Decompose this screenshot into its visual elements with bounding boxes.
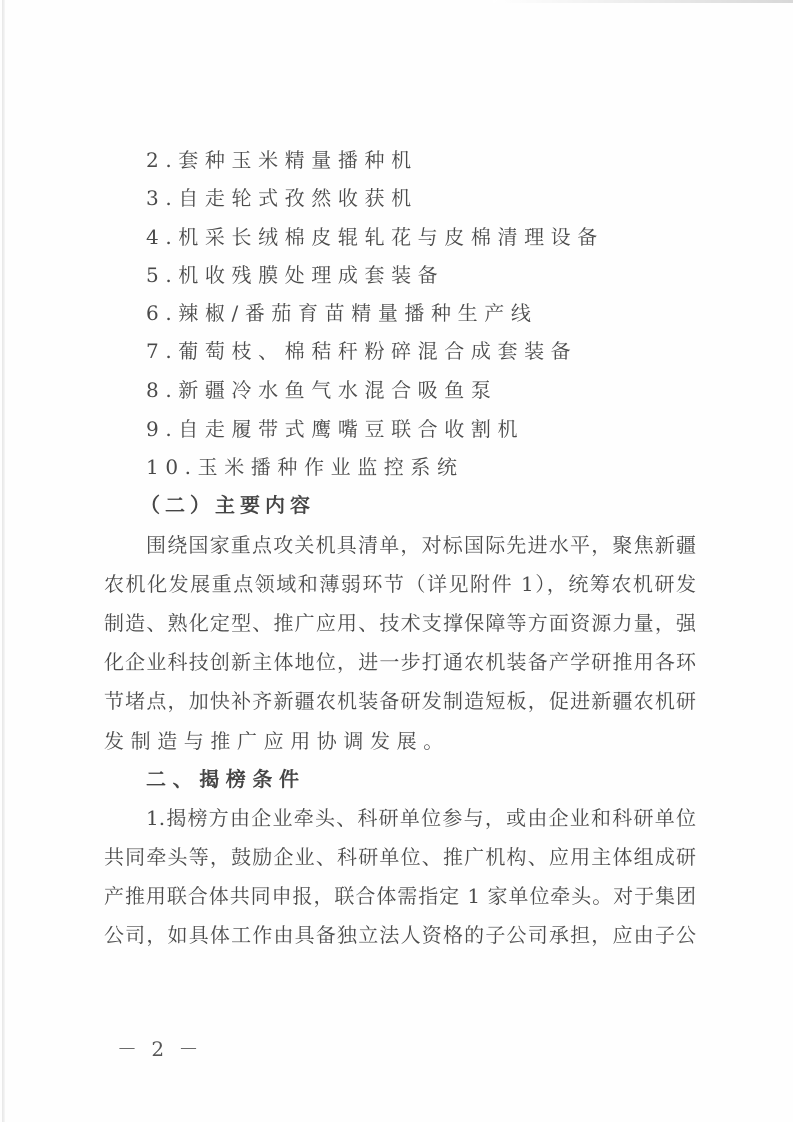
paragraph-line: 围绕国家重点攻关机具清单，对标国际先进水平，聚焦新疆 (146, 530, 696, 560)
paragraph-line: 公司，如具体工作由具备独立法人资格的子公司承担，应由子公 (104, 920, 696, 950)
paragraph-line: 共同牵头等，鼓励企业、科研单位、推广机构、应用主体组成研 (104, 842, 696, 872)
paragraph-line: 农机化发展重点领域和薄弱环节（详见附件 1），统筹农机研发 (104, 569, 696, 599)
paragraph-line: 节堵点，加快补齐新疆农机装备研发制造短板，促进新疆农机研 (104, 686, 696, 716)
paragraph-line: 制造、熟化定型、推广应用、技术支撑保障等方面资源力量，强 (104, 608, 696, 638)
list-item: 3.自走轮式孜然收获机 (146, 183, 746, 213)
section-heading-main-content: （二）主要内容 (140, 490, 740, 520)
list-item: 5.机收残膜处理成套装备 (146, 260, 746, 290)
list-item: 4.机采长绒棉皮辊轧花与皮棉清理设备 (146, 222, 746, 252)
list-item: 7.葡萄枝、棉秸秆粉碎混合成套装备 (146, 336, 746, 366)
list-item: 9.自走履带式鹰嘴豆联合收割机 (146, 414, 746, 444)
scan-edge-top (493, 0, 793, 3)
document-page: 2.套种玉米精量播种机 3.自走轮式孜然收获机 4.机采长绒棉皮辊轧花与皮棉清理… (0, 0, 793, 1122)
page-number: － 2 － (117, 1034, 202, 1064)
paragraph-line: 化企业科技创新主体地位，进一步打通农机装备产学研推用各环 (104, 647, 696, 677)
list-item: 10.玉米播种作业监控系统 (146, 452, 746, 482)
list-item: 8.新疆冷水鱼气水混合吸鱼泵 (146, 375, 746, 405)
chapter-heading-conditions: 二、揭榜条件 (146, 764, 746, 794)
list-item: 2.套种玉米精量播种机 (146, 145, 746, 175)
list-item: 6.辣椒/番茄育苗精量播种生产线 (146, 298, 746, 328)
paragraph-line: 1.揭榜方由企业牵头、科研单位参与，或由企业和科研单位 (146, 803, 696, 833)
paragraph-line: 产推用联合体共同申报，联合体需指定 1 家单位牵头。对于集团 (104, 881, 696, 911)
scan-edge-left (2, 0, 5, 1122)
paragraph-line: 发制造与推广应用协调发展。 (104, 726, 704, 756)
